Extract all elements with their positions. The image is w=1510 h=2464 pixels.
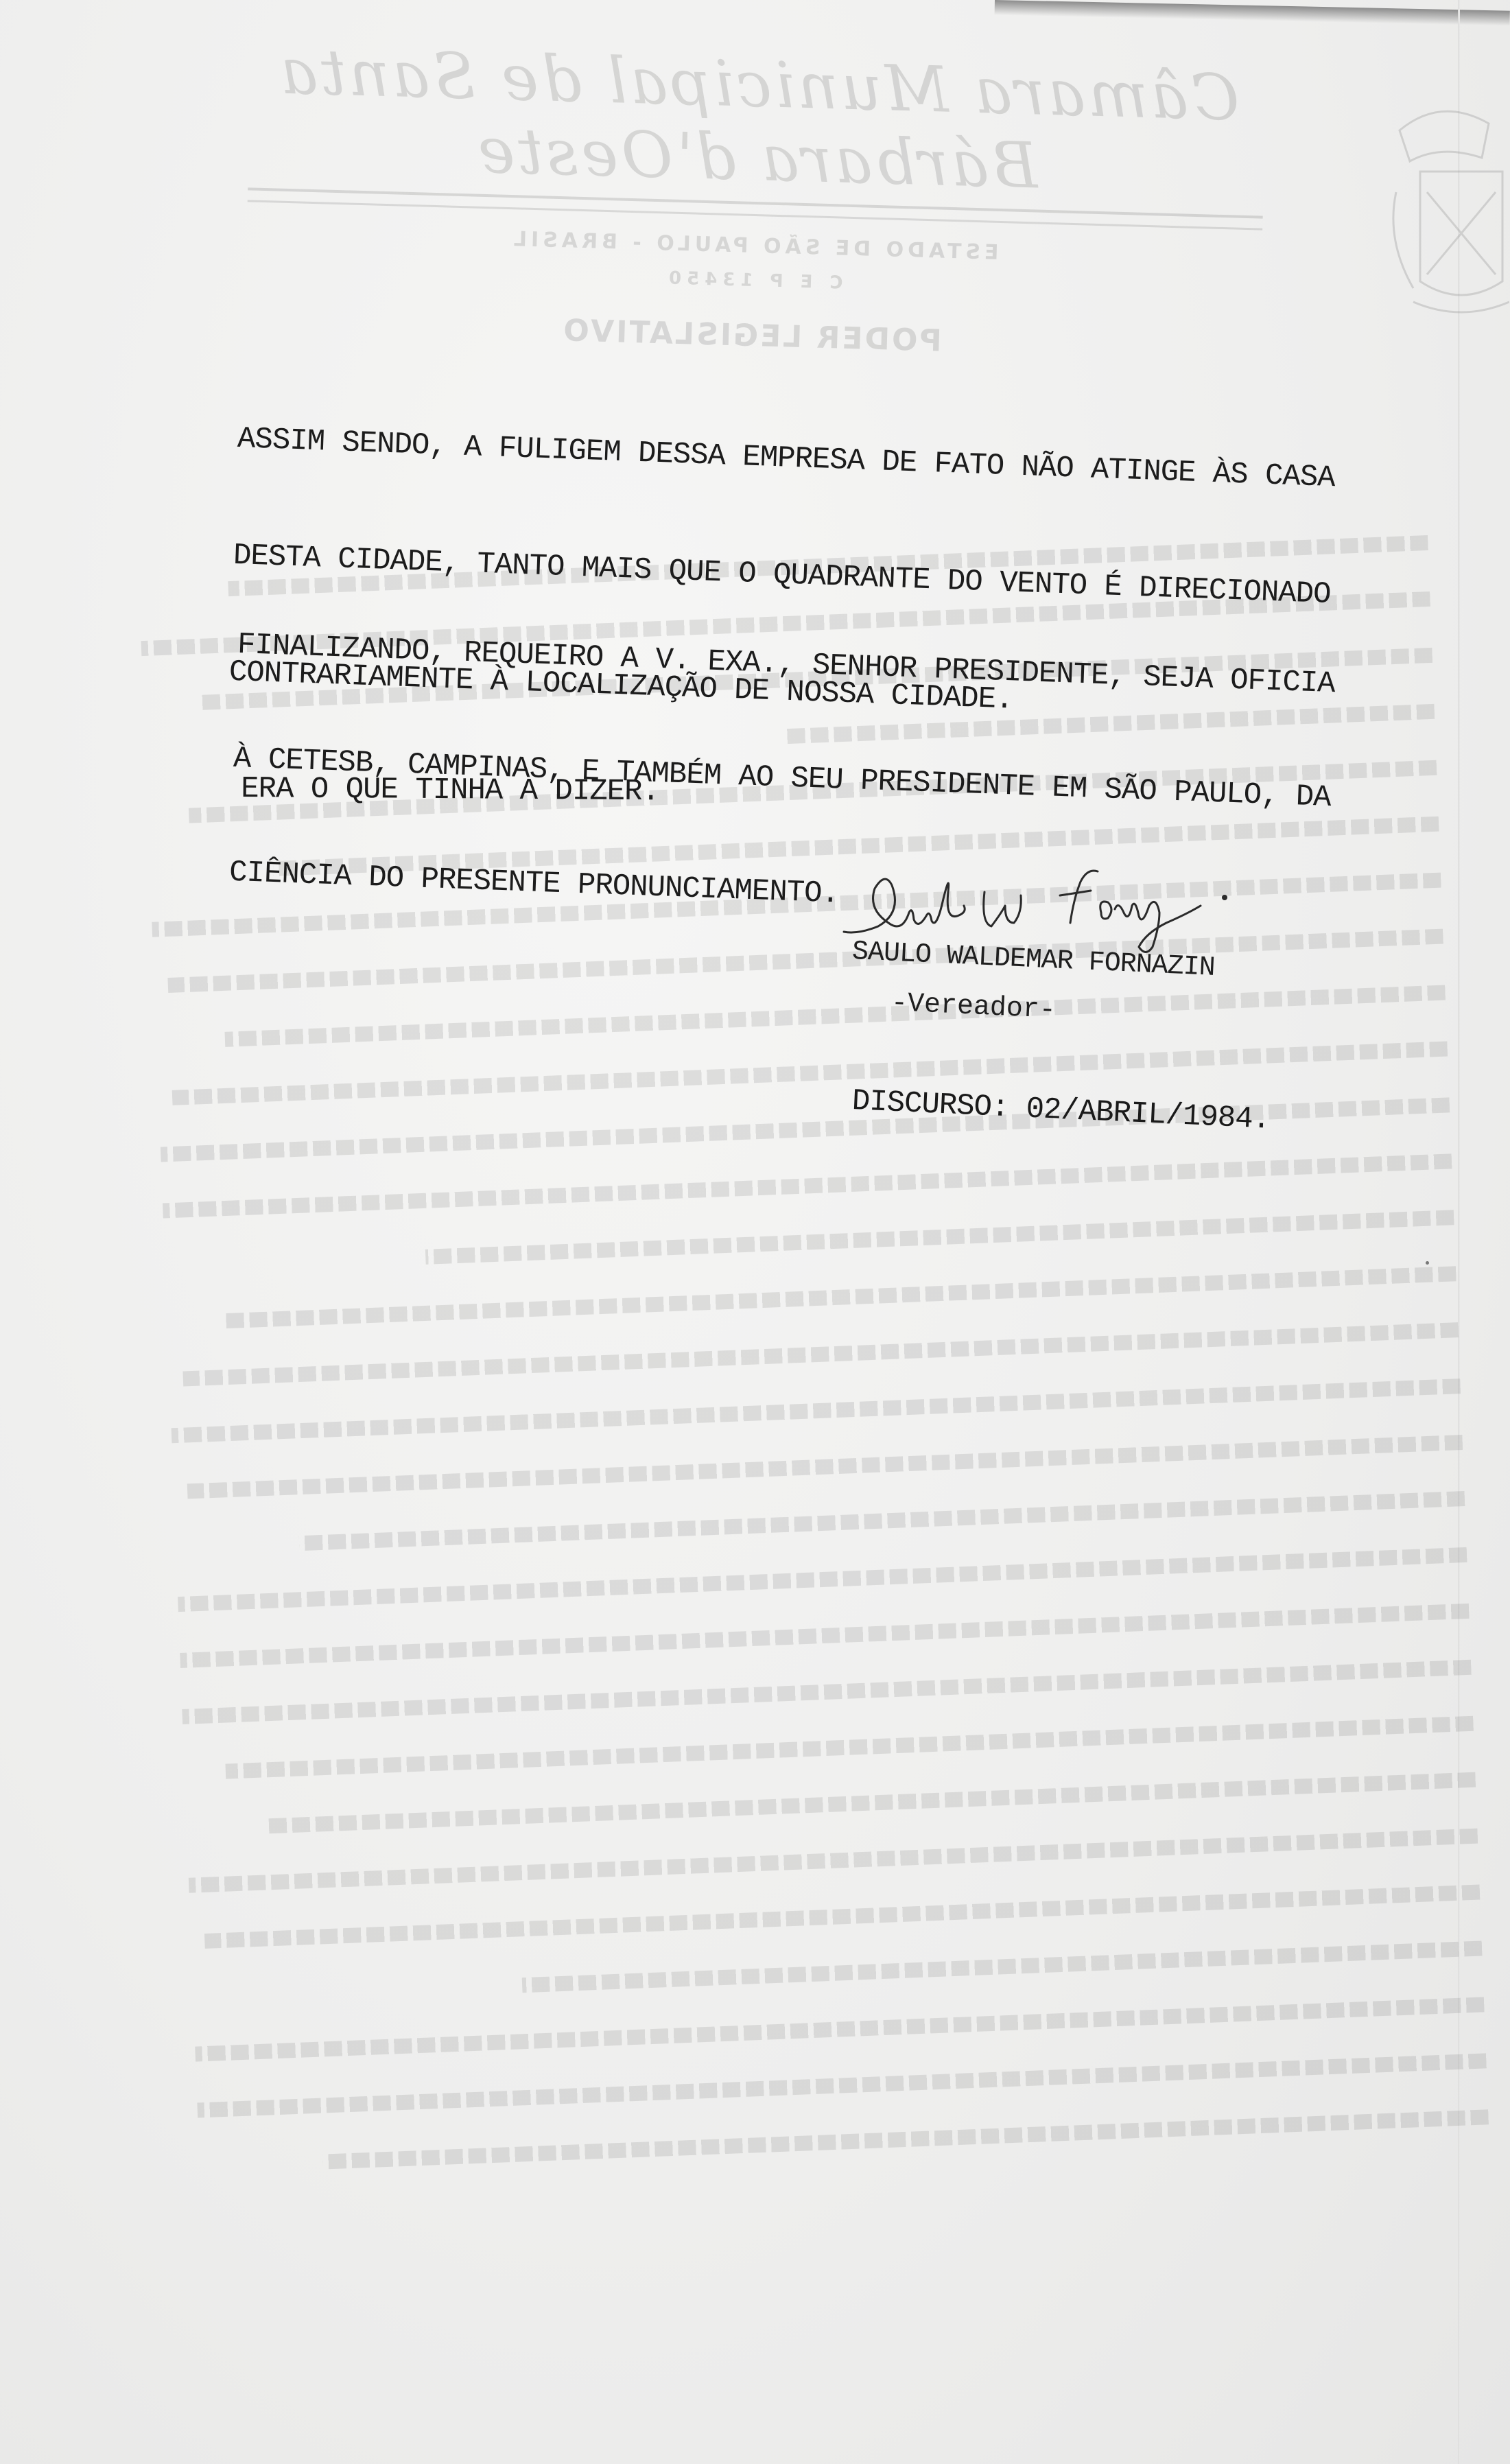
- scan-speck: [1426, 1261, 1429, 1265]
- reverse-line: [182, 1660, 1471, 1724]
- page-edge-line: [1458, 0, 1460, 2464]
- reverse-line: [225, 1716, 1474, 1779]
- text-line: ASSIM SENDO, A FULIGEM DESSA EMPRESA DE …: [236, 424, 1335, 519]
- letterhead-cep: C E P 13450: [204, 255, 1302, 307]
- reverse-line: [195, 1997, 1484, 2061]
- letterhead-title: Câmara Municipal de Santa Bárbara d'Oest…: [207, 33, 1308, 211]
- reverse-side-bleed-through: Câmara Municipal de Santa Bárbara d'Oest…: [0, 0, 1510, 2464]
- reverse-line: [178, 1547, 1467, 1612]
- letterhead-branch: PODER LEGISLATIVO: [202, 303, 1301, 369]
- reverse-line: [182, 1322, 1458, 1386]
- speech-date-label: DISCURSO:: [851, 1084, 1010, 1125]
- letterhead-rule: [248, 200, 1263, 230]
- reverse-line: [204, 1885, 1480, 1949]
- reverse-line: [180, 1604, 1469, 1668]
- signatory-role: -Vereador-: [890, 988, 1057, 1026]
- reverse-line: [299, 1491, 1465, 1551]
- reverse-line: [522, 1940, 1483, 1993]
- body-paragraph-3: ERA O QUE TINHA A DIZER.: [240, 714, 659, 892]
- reverse-line: [269, 1772, 1476, 1834]
- letterhead: Câmara Municipal de Santa Bárbara d'Oest…: [202, 33, 1308, 369]
- reverse-line: [425, 1210, 1454, 1265]
- reverse-line: [172, 1378, 1461, 1443]
- reverse-line: [187, 1435, 1463, 1499]
- letterhead-state: ESTADO DE SÃO PAULO - BRASIL: [205, 219, 1303, 274]
- reverse-line: [172, 1041, 1448, 1105]
- reverse-line: [222, 1266, 1456, 1328]
- reverse-line: [189, 1829, 1478, 1893]
- letterhead-rule: [248, 187, 1263, 218]
- speech-date: DISCURSO: 02/ABRIL/1984.: [851, 1084, 1271, 1138]
- reverse-line: [197, 2053, 1486, 2117]
- crest-icon: [1372, 82, 1509, 336]
- reverse-line: [163, 1153, 1452, 1218]
- text-line: ERA O QUE TINHA A DIZER.: [241, 774, 659, 832]
- scanned-page: Câmara Municipal de Santa Bárbara d'Oest…: [0, 0, 1510, 2464]
- speech-date-value: 02/ABRIL/1984.: [1026, 1092, 1271, 1138]
- reverse-line: [322, 2109, 1489, 2169]
- text-line: FINALIZANDO, REQUEIRO A V. EXA., SENHOR …: [236, 630, 1335, 723]
- scan-edge-shadow: [995, 0, 1510, 26]
